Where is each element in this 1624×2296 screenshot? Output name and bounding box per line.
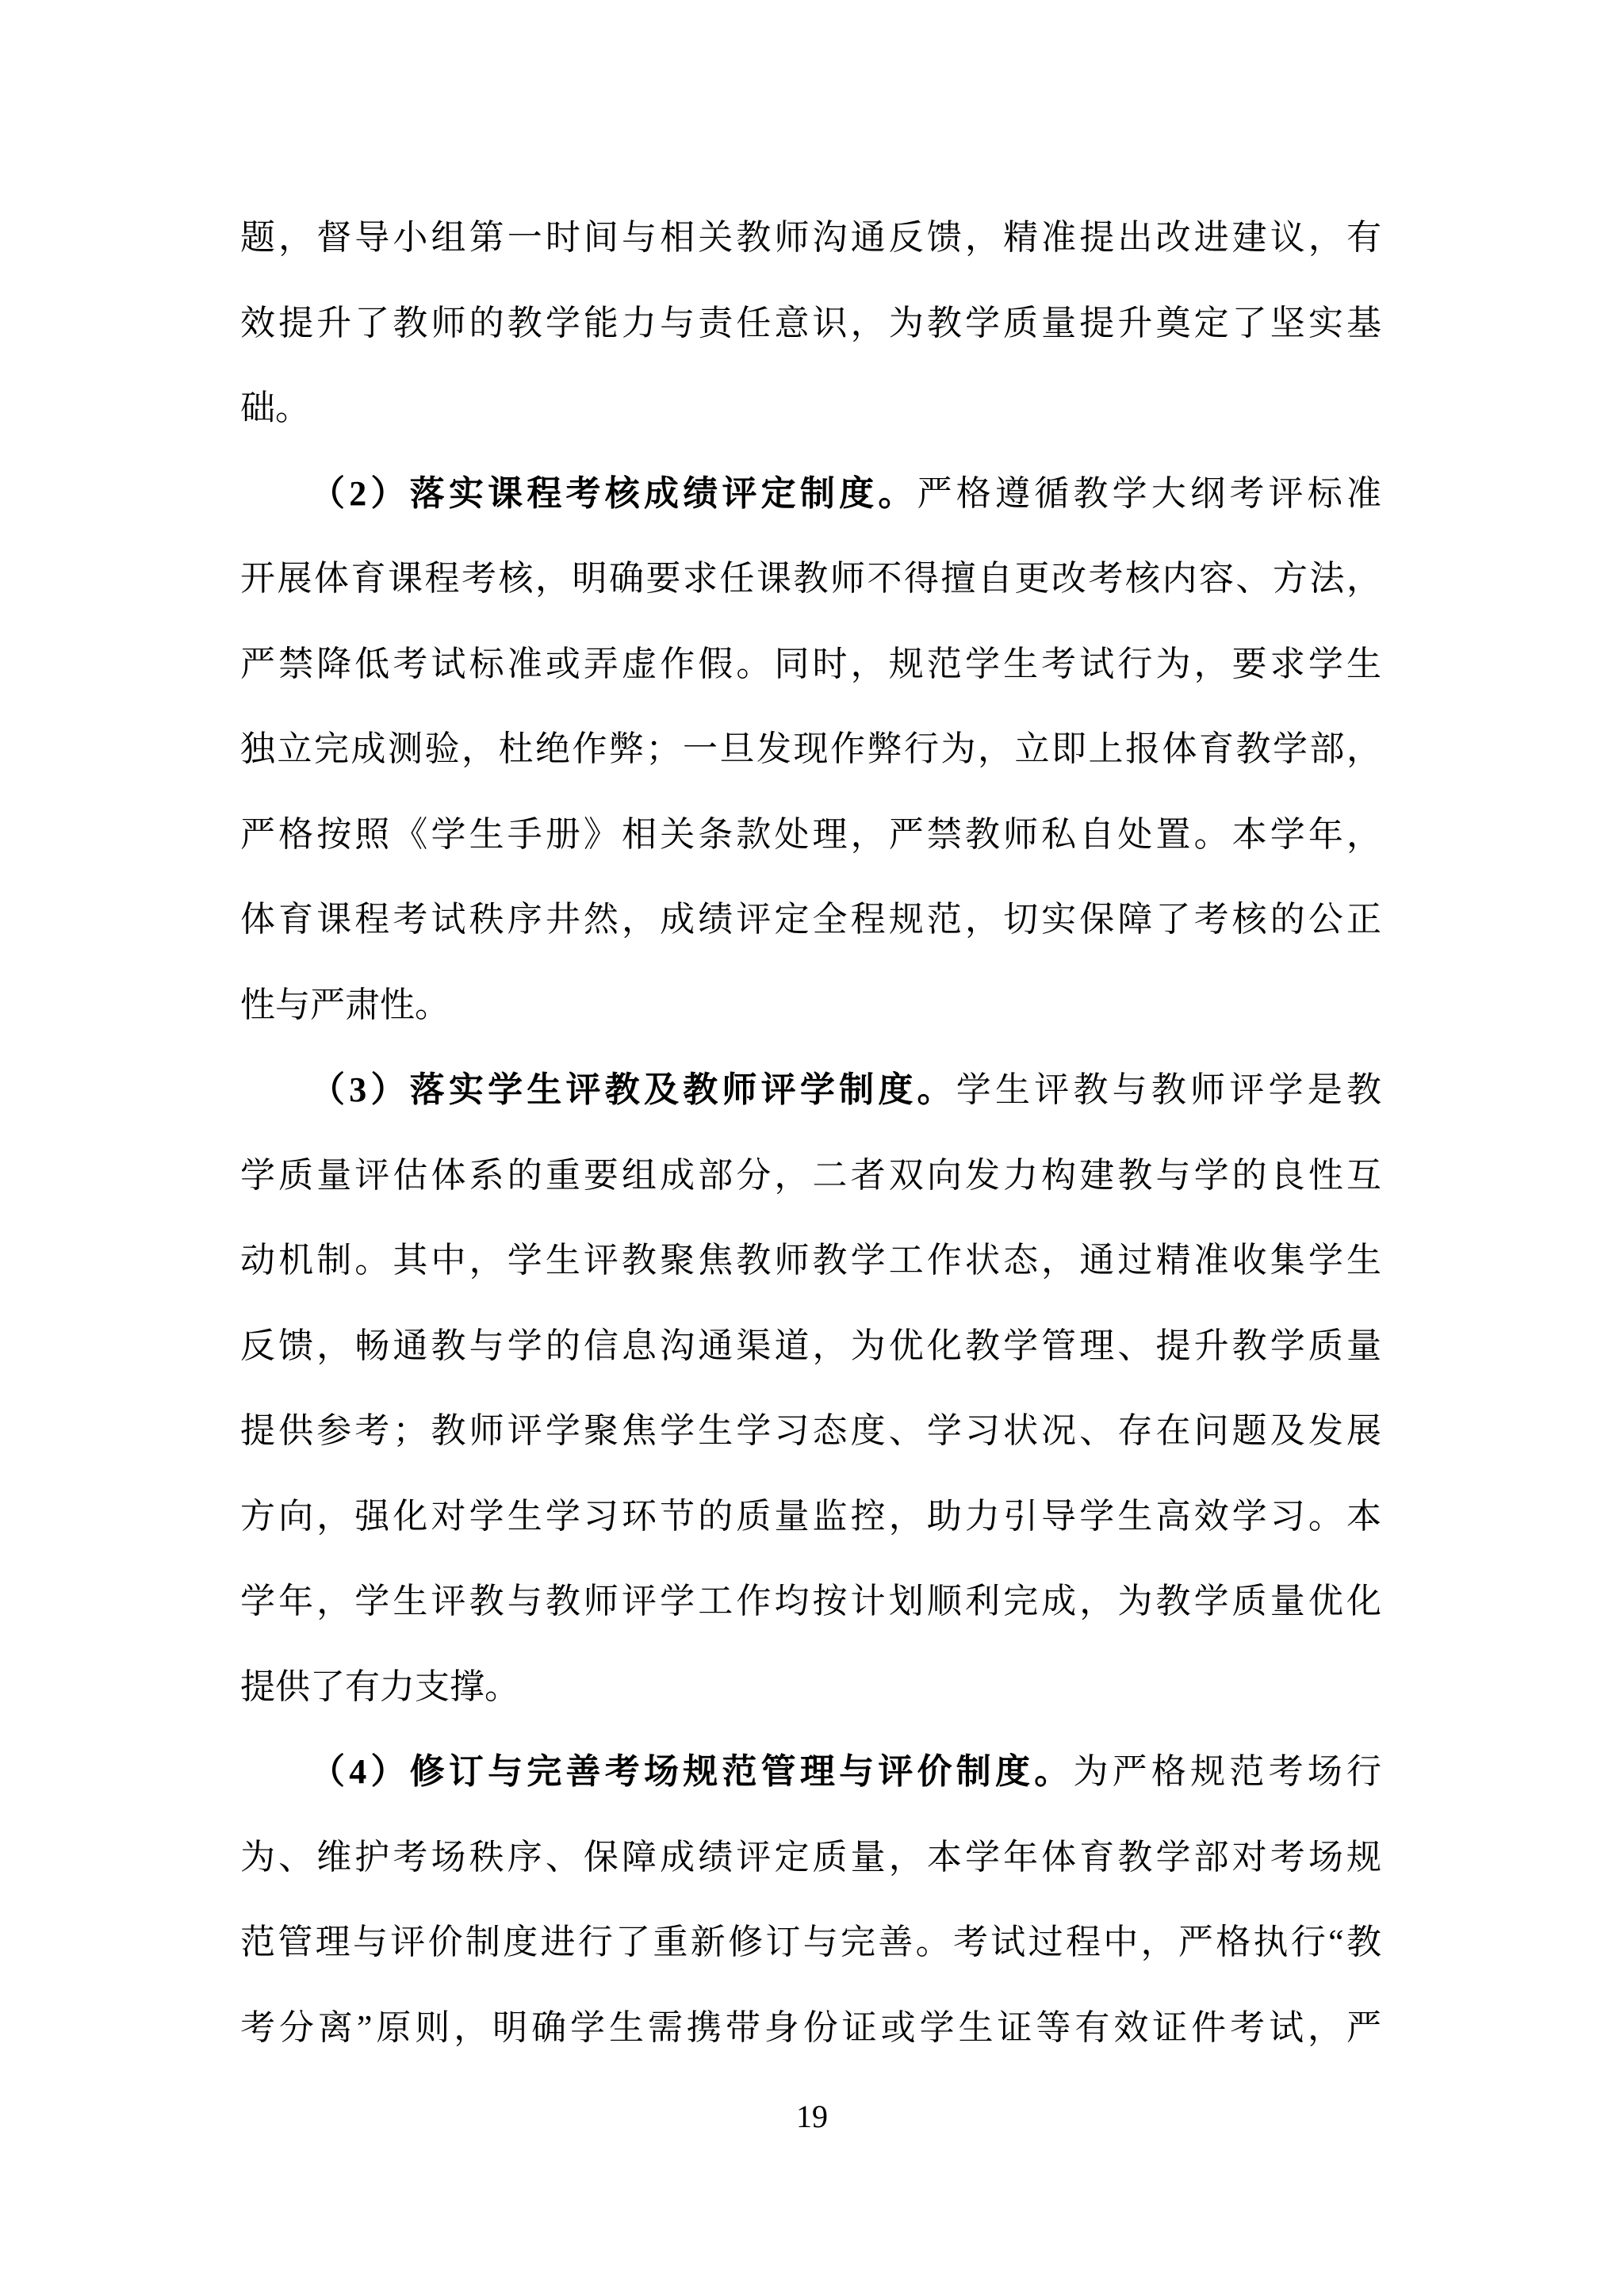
text-line: 学质量评估体系的重要组成部分，二者双向发力构建教与学的良性互 xyxy=(240,1133,1381,1219)
heading-bold-text: （3）落实学生评教及教师评学制度。 xyxy=(310,1070,956,1109)
line-text: 考分离”原则，明确学生需携带身份证或学生证等有效证件考试，严 xyxy=(240,2008,1381,2047)
line-text: 独立完成测验，杜绝作弊；一旦发现作弊行为，立即上报体育教学部， xyxy=(240,729,1381,768)
page-number: 19 xyxy=(0,2093,1624,2141)
text-line: 开展体育课程考核，明确要求任课教师不得擅自更改考核内容、方法， xyxy=(240,536,1381,622)
line-text: 严格按照《学生手册》相关条款处理，严禁教师私自处置。本学年， xyxy=(240,815,1381,854)
text-line: 考分离”原则，明确学生需携带身份证或学生证等有效证件考试，严 xyxy=(240,1985,1381,2071)
line-text: 严格遵循教学大纲考评标准 xyxy=(917,474,1381,513)
line-text: 范管理与评价制度进行了重新修订与完善。考试过程中，严格执行“教 xyxy=(240,1923,1381,1961)
line-text: 性与严肃性。 xyxy=(240,985,450,1024)
text-line: 题，督导小组第一时间与相关教师沟通反馈，精准提出改进建议，有 xyxy=(240,195,1381,281)
paragraph-heading-line: （2）落实课程考核成绩评定制度。严格遵循教学大纲考评标准 xyxy=(240,451,1381,537)
text-line: 效提升了教师的教学能力与责任意识，为教学质量提升奠定了坚实基 xyxy=(240,281,1381,366)
heading-bold-text: （4）修订与完善考场规范管理与评价制度。 xyxy=(310,1752,1073,1791)
text-line: 体育课程考试秩序井然，成绩评定全程规范，切实保障了考核的公正 xyxy=(240,877,1381,962)
text-line: 础。 xyxy=(240,365,1381,451)
text-line: 为、维护考场秩序、保障成绩评定质量，本学年体育教学部对考场规 xyxy=(240,1815,1381,1900)
document-body: 题，督导小组第一时间与相关教师沟通反馈，精准提出改进建议，有效提升了教师的教学能… xyxy=(240,195,1381,2070)
text-line: 反馈，畅通教与学的信息沟通渠道，为优化教学管理、提升教学质量 xyxy=(240,1303,1381,1389)
text-line: 性与严肃性。 xyxy=(240,962,1381,1048)
line-text: 动机制。其中，学生评教聚焦教师教学工作状态，通过精准收集学生 xyxy=(240,1241,1381,1280)
text-line: 方向，强化对学生学习环节的质量监控，助力引导学生高效学习。本 xyxy=(240,1474,1381,1559)
text-line: 提供参考；教师评学聚焦学生学习态度、学习状况、存在问题及发展 xyxy=(240,1388,1381,1474)
line-text: 严禁降低考试标准或弄虚作假。同时，规范学生考试行为，要求学生 xyxy=(240,645,1381,683)
paragraph-heading-line: （4）修订与完善考场规范管理与评价制度。为严格规范考场行 xyxy=(240,1729,1381,1815)
line-text: 题，督导小组第一时间与相关教师沟通反馈，精准提出改进建议，有 xyxy=(240,218,1381,257)
text-line: 动机制。其中，学生评教聚焦教师教学工作状态，通过精准收集学生 xyxy=(240,1218,1381,1303)
line-text: 为、维护考场秩序、保障成绩评定质量，本学年体育教学部对考场规 xyxy=(240,1838,1381,1877)
text-line: 提供了有力支撑。 xyxy=(240,1644,1381,1730)
heading-bold-text: （2）落实课程考核成绩评定制度。 xyxy=(310,474,917,513)
text-line: 严禁降低考试标准或弄虚作假。同时，规范学生考试行为，要求学生 xyxy=(240,622,1381,707)
line-text: 学生评教与教师评学是教 xyxy=(956,1070,1381,1109)
line-text: 体育课程考试秩序井然，成绩评定全程规范，切实保障了考核的公正 xyxy=(240,900,1381,939)
line-text: 开展体育课程考核，明确要求任课教师不得擅自更改考核内容、方法， xyxy=(240,559,1381,598)
line-text: 为严格规范考场行 xyxy=(1073,1752,1381,1791)
paragraph-heading-line: （3）落实学生评教及教师评学制度。学生评教与教师评学是教 xyxy=(240,1047,1381,1133)
line-text: 学质量评估体系的重要组成部分，二者双向发力构建教与学的良性互 xyxy=(240,1156,1381,1195)
line-text: 提供参考；教师评学聚焦学生学习态度、学习状况、存在问题及发展 xyxy=(240,1411,1381,1450)
text-line: 范管理与评价制度进行了重新修订与完善。考试过程中，严格执行“教 xyxy=(240,1900,1381,1985)
line-text: 提供了有力支撑。 xyxy=(240,1667,519,1706)
line-text: 方向，强化对学生学习环节的质量监控，助力引导学生高效学习。本 xyxy=(240,1497,1381,1536)
text-line: 独立完成测验，杜绝作弊；一旦发现作弊行为，立即上报体育教学部， xyxy=(240,706,1381,792)
text-line: 严格按照《学生手册》相关条款处理，严禁教师私自处置。本学年， xyxy=(240,792,1381,878)
document-page: 题，督导小组第一时间与相关教师沟通反馈，精准提出改进建议，有效提升了教师的教学能… xyxy=(0,0,1624,2296)
line-text: 效提升了教师的教学能力与责任意识，为教学质量提升奠定了坚实基 xyxy=(240,304,1381,342)
text-line: 学年，学生评教与教师评学工作均按计划顺利完成，为教学质量优化 xyxy=(240,1559,1381,1644)
line-text: 学年，学生评教与教师评学工作均按计划顺利完成，为教学质量优化 xyxy=(240,1582,1381,1621)
line-text: 反馈，畅通教与学的信息沟通渠道，为优化教学管理、提升教学质量 xyxy=(240,1326,1381,1365)
line-text: 础。 xyxy=(240,388,310,427)
